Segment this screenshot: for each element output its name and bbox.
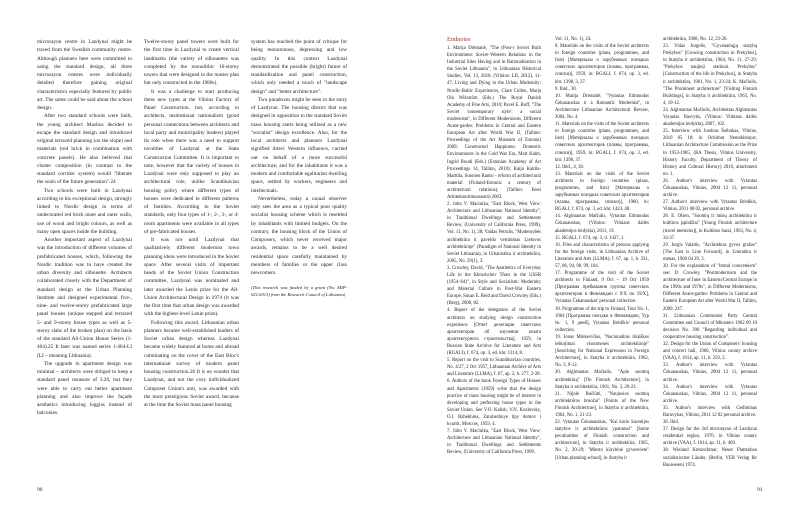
endnote: 1. Marija Drėmaitė, "The (Post-) Soviet … — [447, 45, 541, 201]
endnote: 4. Report of the delegation of the Sovie… — [447, 307, 541, 357]
endnote: 21. Nijolė Bučiūtė, "Naujosios suomių ar… — [555, 391, 649, 419]
endnote: 2. John V. Maciuika, "East Block, West V… — [447, 201, 541, 265]
endnote: 26. Author's interview with Vytautas Ček… — [663, 178, 757, 199]
left-page: microrayon centre in Lazdynai might be t… — [0, 0, 400, 515]
endnote: 19. Jonas Minkevičius, "Nacionalinis išr… — [555, 334, 649, 369]
paragraph: The upgrade in apartment design was mini… — [37, 360, 132, 418]
endnote: architektūra, 1968, No. 12, 23-26. — [663, 36, 757, 43]
endnote: 32. Design for the Union of Composers' h… — [663, 341, 757, 362]
endnote: 34. Author's interview with Vytautas Ček… — [663, 384, 757, 405]
endnotes-heading: Endnotes — [447, 36, 541, 44]
endnote: 20. Algimantas Mačiulis, "Apie suomių ar… — [555, 369, 649, 390]
body-column-1: microrayon centre in Lazdynai might be t… — [37, 38, 132, 418]
paragraph: Two schools were built in Lazdynai accor… — [37, 187, 132, 237]
paragraph: It was a challenge to start producing th… — [144, 88, 239, 237]
endnote: 36. Ibid. — [663, 419, 757, 426]
endnote: 11. Materials on the visits of the Sovie… — [555, 121, 649, 164]
endnote: 35. Author's interview with Gediminas Ba… — [663, 405, 757, 419]
endnote: 18. Programme of the trip to Finland, To… — [555, 306, 649, 334]
right-page: Endnotes 1. Marija Drėmaitė, "The (Post-… — [400, 0, 800, 515]
endnote: 14. Algimantas Mačiulis, Vytautas Edmund… — [555, 213, 649, 234]
paragraph: Twelve-storey panel towers were built fo… — [144, 38, 239, 88]
endnote: 23. Vidas Jurgelis, "Gyvenamųjų statybų … — [663, 43, 757, 107]
endnote: 5. Report on the visit to Scandinavian c… — [447, 357, 541, 378]
paragraph: microrayon centre in Lazdynai might be t… — [37, 38, 132, 112]
paragraph: Following this award, Lithuanian urban p… — [144, 319, 239, 410]
endnote: 31. Lithuanian Communist Party Central C… — [663, 313, 757, 341]
paragraph: Nevertheless, today a casual observer on… — [251, 195, 347, 278]
body-column-2: Twelve-storey panel towers were built fo… — [144, 38, 239, 409]
endnote: 12. Ibid., 4, 30. — [555, 164, 649, 171]
paragraph: It was not until Lazdynai that qualitati… — [144, 236, 239, 319]
endnote: 27. Author's interview with Vytautas Brė… — [663, 199, 757, 213]
endnote: 22. Vytautas Čekanauskas, "Kai kurie Suo… — [555, 419, 649, 462]
endnote: 37. Design for the 3rd microrayon of Laz… — [663, 426, 757, 447]
endnote: 28. E. Olsen, "Suomių ir mūsų architektū… — [663, 213, 757, 241]
endnote: 30. For the explanation of "brutal concr… — [663, 263, 757, 313]
endnote: Vol. 11, No. 1), 24. — [555, 36, 649, 43]
endnote: 8. Materials on the visits of the Soviet… — [555, 43, 649, 86]
paragraph: After two standard schools were built, t… — [37, 112, 132, 186]
endnote: 10. Marija Drėmaitė, "Vytautas Edmundas … — [555, 93, 649, 121]
page-number: 91 — [757, 487, 763, 493]
endnote: 17. Programme of the visit of the Soviet… — [555, 270, 649, 305]
endnote: 38. Wieland Kretzschmar, Neuer Plattenba… — [663, 447, 757, 468]
body-column-3: system has reached the point of critique… — [251, 38, 347, 298]
endnote: 29. Jurgis Valaitis, "Architektas gyvos … — [663, 242, 757, 263]
endnote: 7. John V. Maciuika, "East Block, West V… — [447, 428, 541, 456]
endnote: 6. Authors of the book Foreign Types of … — [447, 378, 541, 428]
endnote: 16. Files and characteristics of persons… — [555, 242, 649, 270]
endnote: 33. Author's interview with Vytautas Ček… — [663, 362, 757, 383]
endnotes-column-2: Vol. 11, No. 1), 24. 8. Materials on the… — [555, 36, 649, 462]
endnote: 15. RGALI, f. 674, op. 3, d. 1427, 1. — [555, 235, 649, 242]
page-number: 90 — [37, 487, 43, 493]
endnotes-column-1: Endnotes 1. Marija Drėmaitė, "The (Post-… — [447, 36, 541, 456]
endnote: 24. Algimantas Mačiulis, Architektas Alg… — [663, 107, 757, 128]
endnote: 3. Crowley, David, "The Aesthetics of Ev… — [447, 265, 541, 308]
endnote: 25. Interview with Justinas Šeibokas, Vi… — [663, 128, 757, 178]
paragraph: Two paradoxes might be seen in the story… — [251, 96, 347, 195]
paragraph: system has reached the point of critique… — [251, 38, 347, 96]
endnote: 13. Materials on the visits of the Sovie… — [555, 171, 649, 214]
paragraph: Another important aspect of Lazdynai was… — [37, 236, 132, 360]
endnote: 9. Ibid., 30. — [555, 86, 649, 93]
funding-note: (This research was funded by a grant (No… — [251, 285, 347, 298]
endnotes-column-3: architektūra, 1968, No. 12, 23-26. 23. V… — [663, 36, 757, 469]
